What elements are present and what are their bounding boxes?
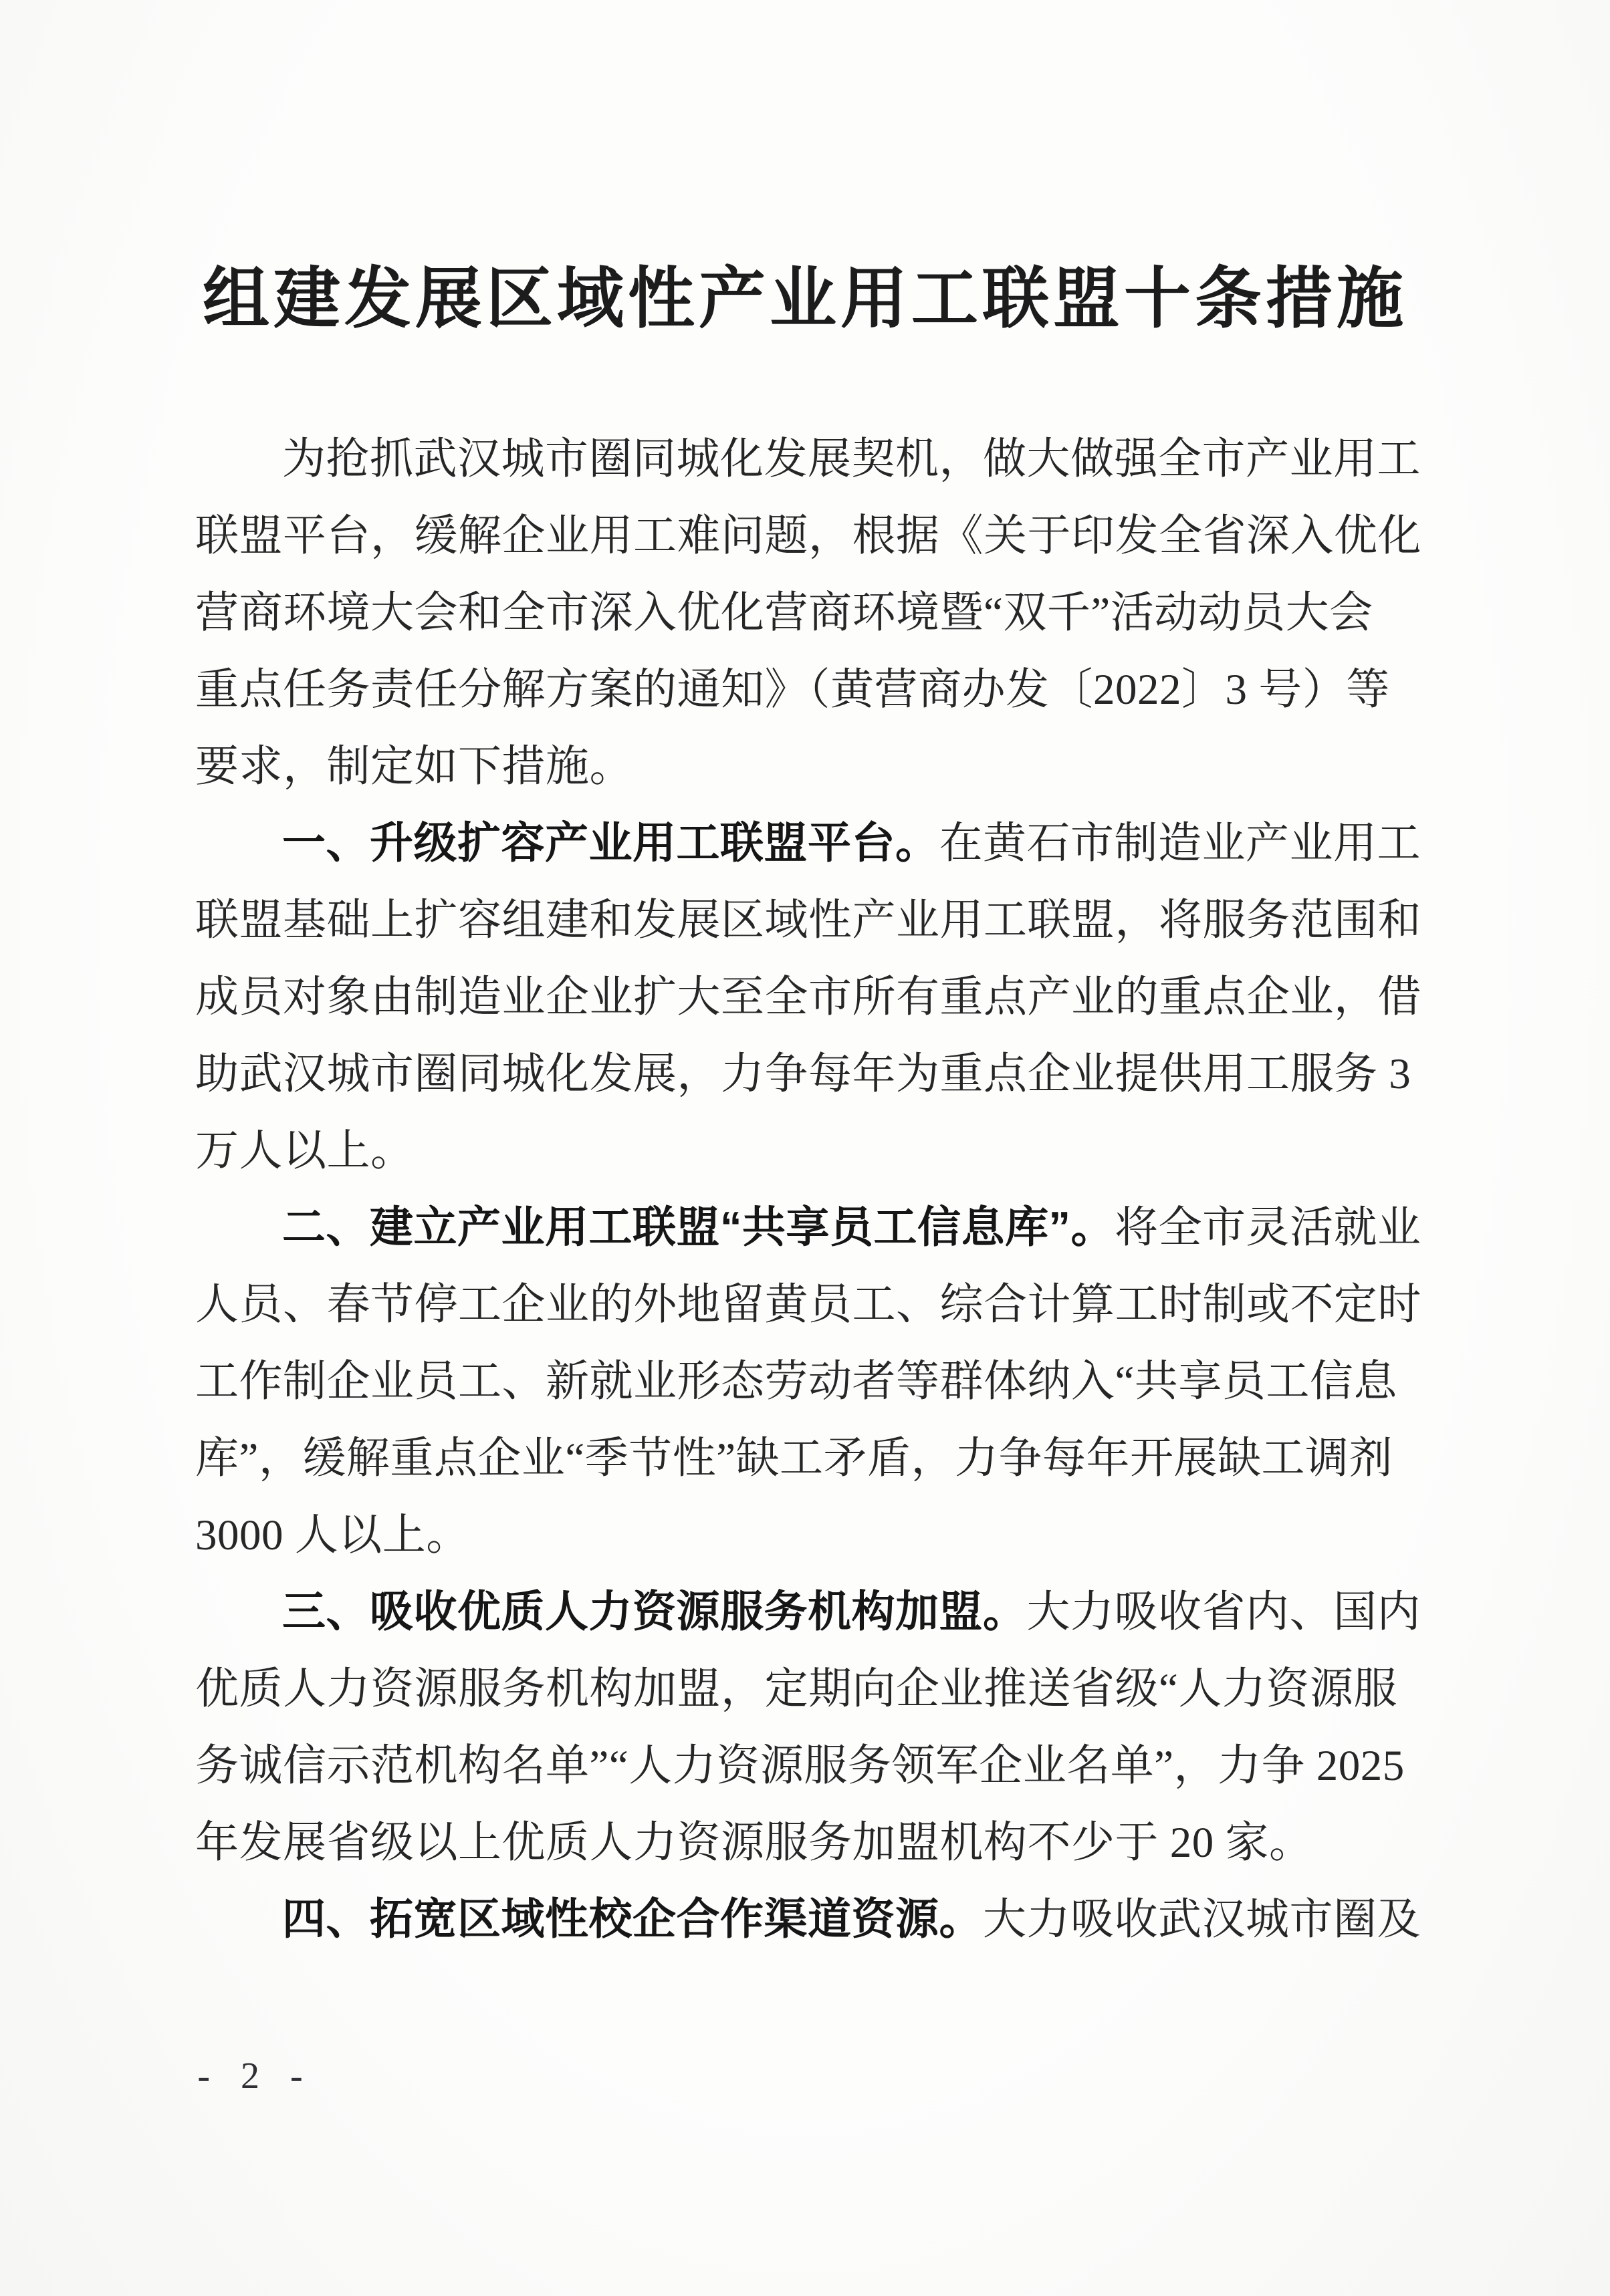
document-page: 组建发展区域性产业用工联盟十条措施 为抢抓武汉城市圈同城化发展契机，做大做强全市… [0,0,1610,2296]
body-line: 二、建立产业用工联盟“共享员工信息库”。将全市灵活就业 [195,1188,1413,1265]
body-line: 库”，缓解重点企业“季节性”缺工矛盾，力争每年开展缺工调剂 [195,1419,1413,1496]
line-text: 3000 人以上。 [195,1511,470,1559]
body-line: 一、升级扩容产业用工联盟平台。在黄石市制造业产业用工 [195,804,1413,881]
body-line: 联盟平台，缓解企业用工难问题，根据《关于印发全省深入优化 [195,497,1413,573]
body-line: 四、拓宽区域性校企合作渠道资源。大力吸收武汉城市圈及 [195,1880,1413,1957]
line-text: 工作制企业员工、新就业形态劳动者等群体纳入“共享员工信息 [195,1358,1397,1406]
line-text: 万人以上。 [195,1127,415,1175]
body-line: 助武汉城市圈同城化发展，力争每年为重点企业提供用工服务 3 [195,1035,1413,1112]
body-line: 重点任务责任分解方案的通知》（黄营商办发〔2022〕3 号）等 [195,650,1413,727]
line-text: 为抢抓武汉城市圈同城化发展契机，做大做强全市产业用工 [282,435,1421,483]
paragraph-lead: 三、吸收优质人力资源服务机构加盟。 [282,1587,1027,1636]
paragraph-lead: 四、拓宽区域性校企合作渠道资源。 [282,1894,983,1943]
body-line: 3000 人以上。 [195,1496,1413,1573]
body-line: 年发展省级以上优质人力资源服务加盟机构不少于 20 家。 [195,1803,1413,1880]
line-text: 成员对象由制造业企业扩大至全市所有重点产业的重点企业，借 [195,973,1421,1021]
line-text: 年发展省级以上优质人力资源服务加盟机构不少于 20 家。 [195,1819,1313,1867]
line-text: 要求，制定如下措施。 [195,743,633,791]
page-number: - 2 - [189,2057,322,2095]
body-line: 优质人力资源服务机构加盟，定期向企业推送省级“人力资源服 [195,1650,1413,1727]
body-line: 联盟基础上扩容组建和发展区域性产业用工联盟，将服务范围和 [195,881,1413,958]
body-line: 三、吸收优质人力资源服务机构加盟。大力吸收省内、国内 [195,1573,1413,1650]
line-text: 务诚信示范机构名单”“人力资源服务领军企业名单”，力争 2025 [195,1742,1405,1790]
line-text: 联盟基础上扩容组建和发展区域性产业用工联盟，将服务范围和 [195,896,1421,944]
paragraph-lead: 二、建立产业用工联盟“共享员工信息库”。 [282,1202,1115,1251]
line-text: 营商环境大会和全市深入优化营商环境暨“双千”活动动员大会 [195,589,1373,637]
body-line: 工作制企业员工、新就业形态劳动者等群体纳入“共享员工信息 [195,1342,1413,1419]
body-line: 营商环境大会和全市深入优化营商环境暨“双千”活动动员大会 [195,573,1413,650]
line-text: 联盟平台，缓解企业用工难问题，根据《关于印发全省深入优化 [195,512,1421,560]
line-text: 大力吸收省内、国内 [1027,1588,1421,1636]
line-text: 在黄石市制造业产业用工 [939,819,1421,868]
line-text: 人员、春节停工企业的外地留黄员工、综合计算工时制或不定时 [195,1281,1421,1329]
line-text: 大力吸收武汉城市圈及 [983,1896,1421,1944]
body-line: 务诚信示范机构名单”“人力资源服务领军企业名单”，力争 2025 [195,1727,1413,1803]
document-body: 为抢抓武汉城市圈同城化发展契机，做大做强全市产业用工 联盟平台，缓解企业用工难问… [195,420,1413,1957]
body-line: 为抢抓武汉城市圈同城化发展契机，做大做强全市产业用工 [195,420,1413,497]
body-line: 要求，制定如下措施。 [195,727,1413,804]
line-text: 库”，缓解重点企业“季节性”缺工矛盾，力争每年开展缺工调剂 [195,1434,1393,1483]
line-text: 重点任务责任分解方案的通知》（黄营商办发〔2022〕3 号）等 [195,666,1390,714]
body-line: 成员对象由制造业企业扩大至全市所有重点产业的重点企业，借 [195,958,1413,1035]
line-text: 助武汉城市圈同城化发展，力争每年为重点企业提供用工服务 3 [195,1050,1411,1098]
body-line: 人员、春节停工企业的外地留黄员工、综合计算工时制或不定时 [195,1265,1413,1342]
paragraph-lead: 一、升级扩容产业用工联盟平台。 [282,818,939,867]
body-line: 万人以上。 [195,1112,1413,1188]
document-title: 组建发展区域性产业用工联盟十条措施 [0,262,1610,336]
line-text: 将全市灵活就业 [1115,1204,1421,1252]
line-text: 优质人力资源服务机构加盟，定期向企业推送省级“人力资源服 [195,1665,1397,1713]
